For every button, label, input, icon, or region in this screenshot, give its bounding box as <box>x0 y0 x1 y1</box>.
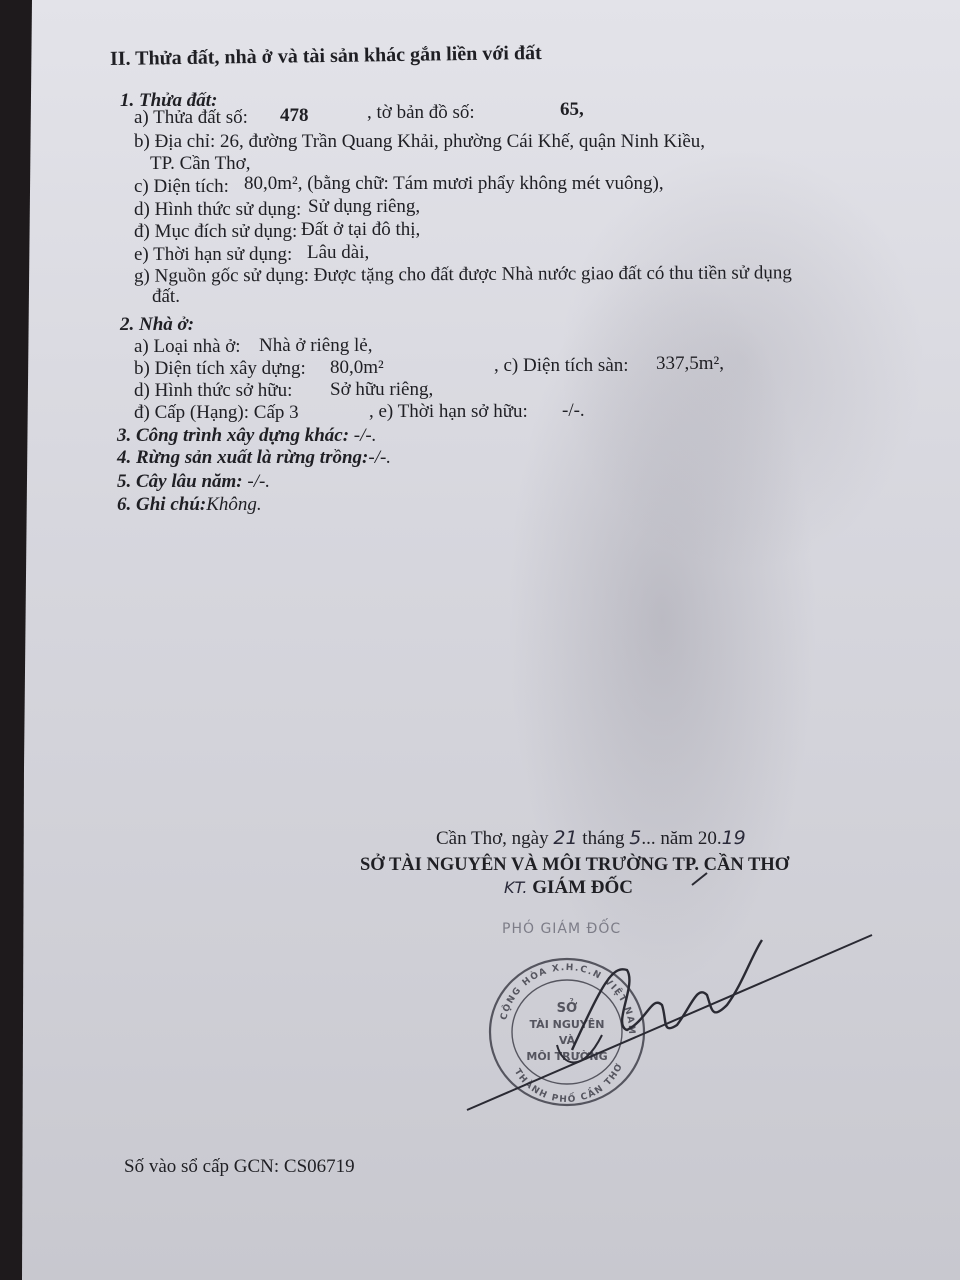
director-line: KT. GIÁM ĐỐC <box>504 877 633 899</box>
ownership-value: Sở hữu riêng, <box>330 379 433 401</box>
grade-label: đ) Cấp (Hạng): Cấp 3 <box>134 402 299 424</box>
kt-handwritten: KT. <box>504 878 527 897</box>
parcel-label: a) Thửa đất số: <box>134 107 248 129</box>
own-term-value: -/-. <box>562 400 585 422</box>
ownership-label: d) Hình thức sở hữu: <box>134 380 292 402</box>
term-value: Lâu dài, <box>307 242 369 264</box>
director-title: GIÁM ĐỐC <box>532 877 633 898</box>
origin-line-1: g) Nguồn gốc sử dụng: Được tặng cho đất … <box>134 262 792 287</box>
floor-area-value: 337,5m², <box>656 353 724 375</box>
purpose-value: Đất ở tại đô thị, <box>301 219 420 241</box>
house-type-label: a) Loại nhà ở: <box>134 336 241 358</box>
registry-line: Số vào sổ cấp GCN: CS06719 <box>124 1156 355 1178</box>
area-label: c) Diện tích: <box>134 176 229 198</box>
build-area-value: 80,0m² <box>330 357 384 379</box>
term-label: e) Thời hạn sử dụng: <box>134 244 292 266</box>
registry-number: CS06719 <box>284 1156 355 1177</box>
issue-year: 19 <box>722 827 746 849</box>
build-area-label: b) Diện tích xây dựng: <box>134 358 306 380</box>
map-sheet-label: , tờ bản đồ số: <box>367 102 475 124</box>
area-value: 80,0m², (bằng chữ: Tám mươi phẩy không m… <box>244 173 664 195</box>
address-line-1: b) Địa chỉ: 26, đường Trần Quang Khải, p… <box>134 131 705 153</box>
parcel-number: 478 <box>280 105 309 127</box>
address-line-2: TP. Cần Thơ, <box>150 153 250 175</box>
map-sheet-number: 65, <box>560 99 584 121</box>
section-title: II. Thửa đất, nhà ở và tài sản khác gắn … <box>110 42 542 70</box>
other-item-5: 5. Cây lâu năm: -/-. <box>117 471 270 493</box>
issue-month: 5 <box>629 827 641 849</box>
use-form-label: d) Hình thức sử dụng: <box>134 199 301 221</box>
registry-label: Số vào sổ cấp GCN: <box>124 1156 279 1177</box>
authority-name: SỞ TÀI NGUYÊN VÀ MÔI TRƯỜNG TP. CẦN THƠ <box>360 854 789 876</box>
signature <box>462 925 882 1125</box>
own-term-label: , e) Thời hạn sở hữu: <box>369 401 528 423</box>
other-item-3: 3. Công trình xây dựng khác: -/-. <box>117 425 376 447</box>
other-item-6: 6. Ghi chú:Không. <box>117 494 262 516</box>
use-form-value: Sử dụng riêng, <box>308 196 420 218</box>
issue-day: 21 <box>553 827 577 849</box>
other-item-4: 4. Rừng sản xuất là rừng trồng:-/-. <box>117 447 391 469</box>
purpose-label: đ) Mục đích sử dụng: <box>134 221 297 243</box>
house-heading: 2. Nhà ở: <box>120 314 194 336</box>
origin-line-2: đất. <box>152 286 180 308</box>
issue-date: Cần Thơ, ngày 21 tháng 5... năm 20.19 <box>436 827 746 850</box>
house-type-value: Nhà ở riêng lẻ, <box>259 335 372 357</box>
floor-area-label: , c) Diện tích sàn: <box>494 355 629 377</box>
certificate-page: II. Thửa đất, nhà ở và tài sản khác gắn … <box>22 0 960 1280</box>
